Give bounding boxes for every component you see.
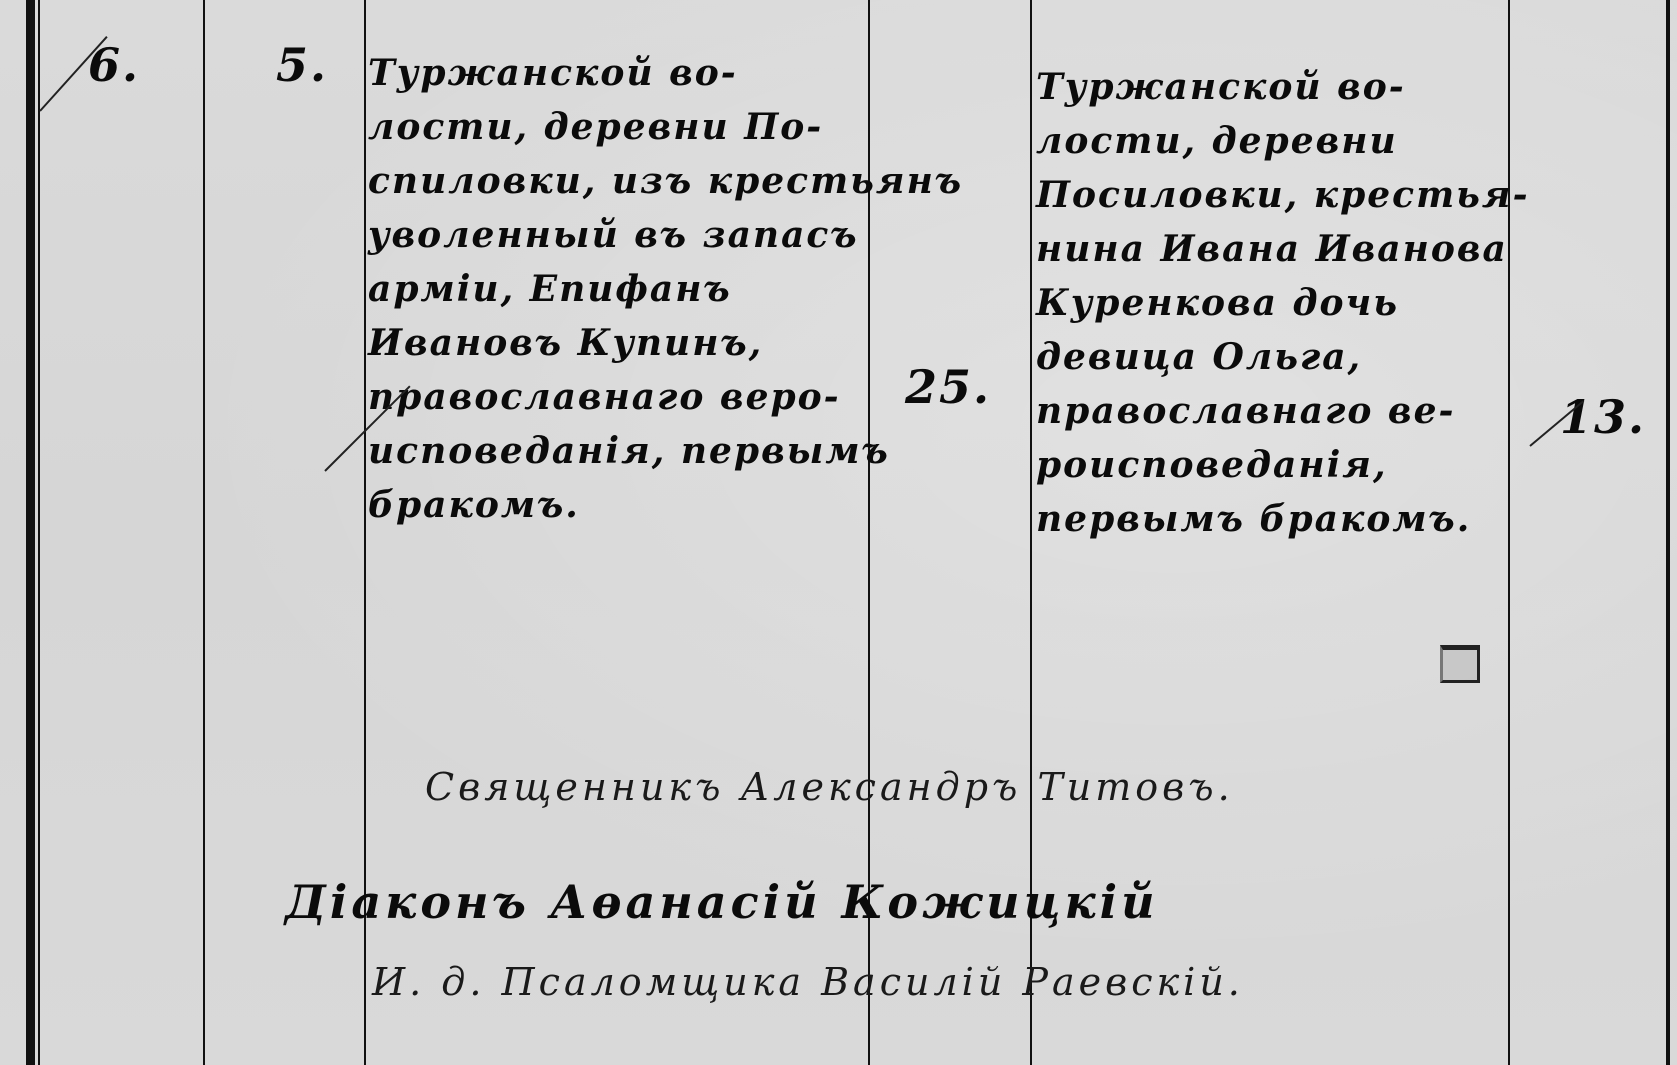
record-number-bride: 5. xyxy=(276,38,328,92)
bride-line: роисповеданiя, xyxy=(1036,438,1530,492)
bride-line: первымъ бракомъ. xyxy=(1036,492,1530,546)
ink-stamp-mark xyxy=(1440,645,1480,683)
groom-line: бракомъ. xyxy=(368,478,963,532)
bride-line: Туржанской во- xyxy=(1036,60,1530,114)
bride-line: девица Ольга, xyxy=(1036,330,1530,384)
bride-line: православнаго ве- xyxy=(1036,384,1530,438)
bride-entry: Туржанской во- лости, деревни Посиловки,… xyxy=(1036,60,1530,546)
bride-line: нина Ивана Иванова xyxy=(1036,222,1530,276)
groom-line: православнаго веро- xyxy=(368,370,963,424)
groom-line: армiи, Епифанъ xyxy=(368,262,963,316)
groom-entry: Туржанской во- лости, деревни По- спилов… xyxy=(368,46,963,532)
bride-line: Куренкова дочь xyxy=(1036,276,1530,330)
groom-line: Ивановъ Купинъ, xyxy=(368,316,963,370)
groom-line: исповеданiя, первымъ xyxy=(368,424,963,478)
bride-line: Посиловки, крестья- xyxy=(1036,168,1530,222)
groom-line: спиловки, изъ крестьянъ xyxy=(368,154,963,208)
groom-line: лости, деревни По- xyxy=(368,100,963,154)
record-number-right: 13. xyxy=(1560,390,1646,444)
groom-line: Туржанской во- xyxy=(368,46,963,100)
column-rule-1 xyxy=(203,0,205,1065)
priest-signature: Священникъ Александръ Титовъ. xyxy=(425,765,1234,809)
deacon-signature: Дiаконъ Аѳанасiй Кожицкiй xyxy=(285,875,1159,929)
bride-age: 25. xyxy=(905,360,991,414)
groom-line: уволенный въ запасъ xyxy=(368,208,963,262)
right-edge-rule xyxy=(1666,0,1670,1065)
left-margin-rule-inner xyxy=(38,0,40,1065)
psalmist-signature: И. д. Псаломщика Василiй Раевскiй. xyxy=(372,960,1244,1004)
register-page: 6. 5. Туржанской во- лости, деревни По- … xyxy=(0,0,1677,1065)
left-margin-rule xyxy=(26,0,35,1065)
bride-line: лости, деревни xyxy=(1036,114,1530,168)
